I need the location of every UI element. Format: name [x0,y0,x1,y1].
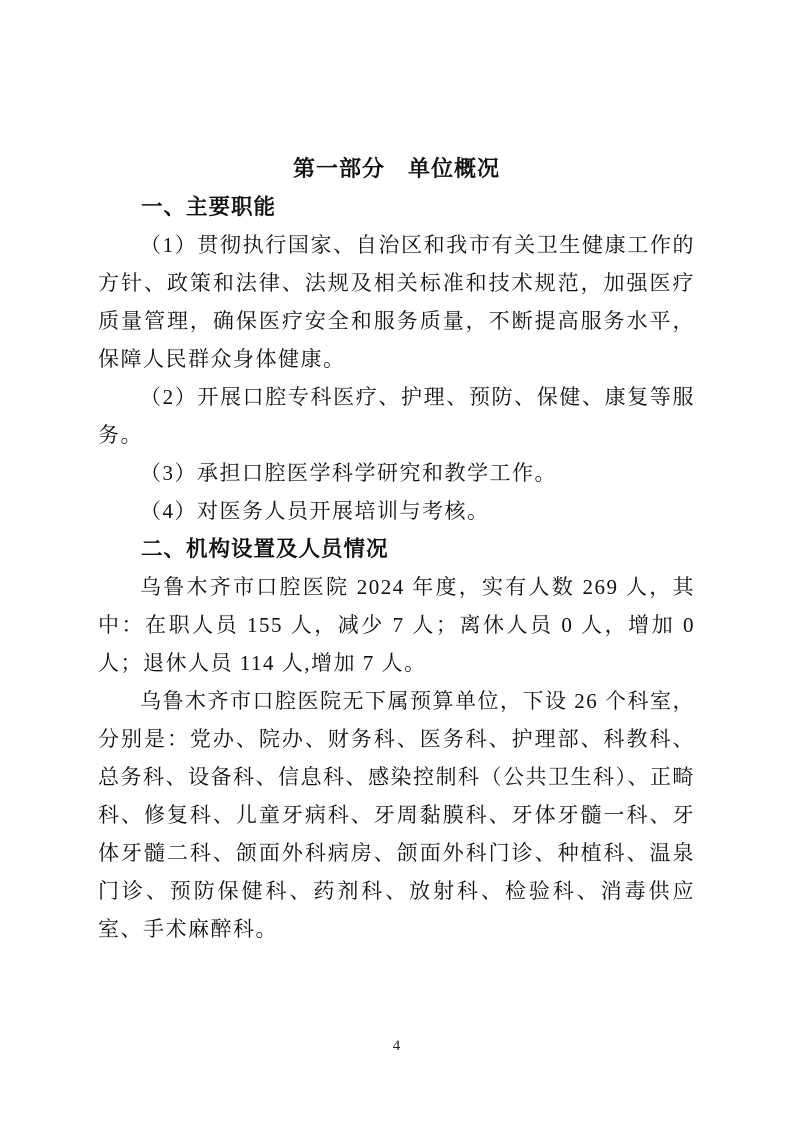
document-content: 第一部分 单位概况 一、主要职能 （1）贯彻执行国家、自治区和我市有关卫生健康工… [98,150,695,948]
section-2-heading: 二、机构设置及人员情况 [98,530,695,568]
section-1-heading: 一、主要职能 [98,188,695,226]
page-number: 4 [0,1038,793,1055]
section-2-paragraph-2: 乌鲁木齐市口腔医院无下属预算单位，下设 26 个科室，分别是：党办、院办、财务科… [98,682,695,948]
section-1-paragraph-1: （1）贯彻执行国家、自治区和我市有关卫生健康工作的方针、政策和法律、法规及相关标… [98,226,695,378]
document-page: 第一部分 单位概况 一、主要职能 （1）贯彻执行国家、自治区和我市有关卫生健康工… [0,0,793,1122]
section-1-paragraph-3: （3）承担口腔医学科学研究和教学工作。 [98,454,695,492]
document-title: 第一部分 单位概况 [98,150,695,188]
section-2-paragraph-1: 乌鲁木齐市口腔医院 2024 年度，实有人数 269 人，其中：在职人员 155… [98,568,695,682]
section-1-paragraph-4: （4）对医务人员开展培训与考核。 [98,492,695,530]
section-1-paragraph-2: （2）开展口腔专科医疗、护理、预防、保健、康复等服务。 [98,378,695,454]
